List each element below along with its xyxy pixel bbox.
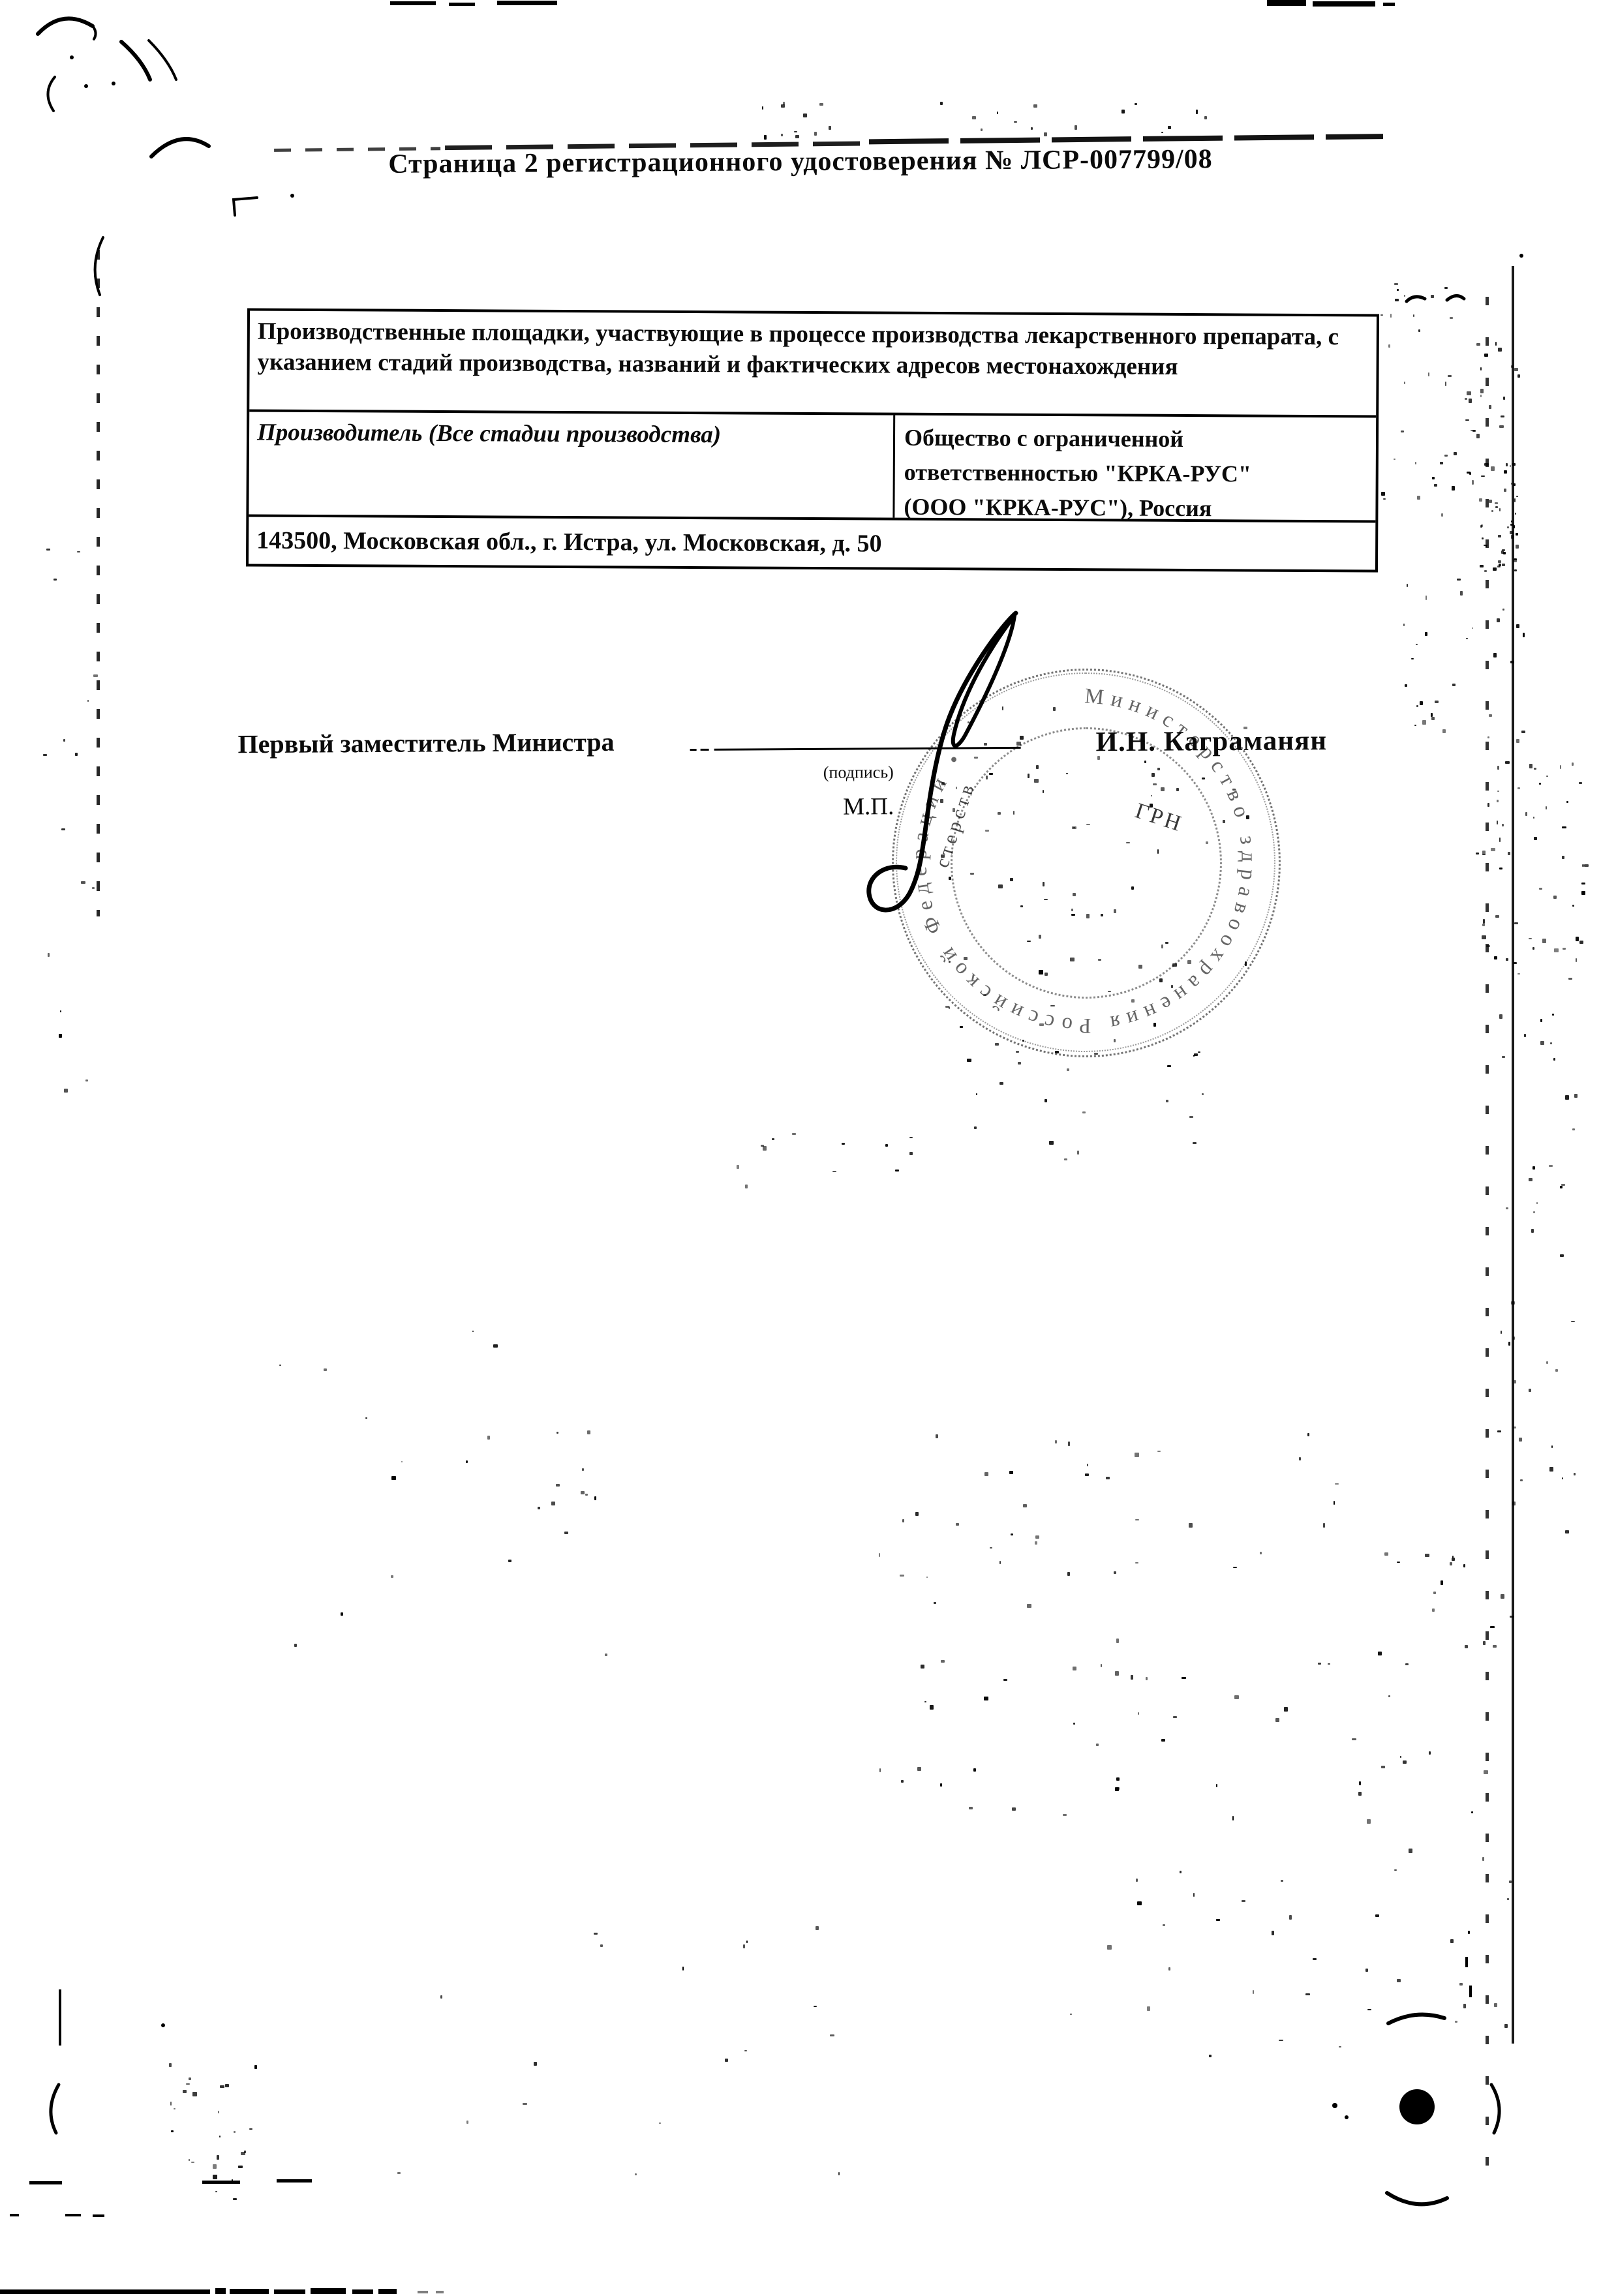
noise-speckle [745,1185,748,1188]
noise-speckle [1135,103,1137,105]
noise-speckle [1499,508,1501,511]
noise-speckle [238,2166,243,2168]
noise-speckle [1031,127,1033,130]
producer-value-line: (ООО "КРКА-РУС"), Россия [904,490,1371,527]
scan-edge-dash [1313,1,1375,7]
noise-speckle [879,1553,880,1557]
noise-speckle [998,812,1001,815]
noise-speckle [186,2083,190,2085]
scan-squiggle [93,26,96,39]
noise-speckle [1039,935,1042,939]
noise-speckle [1193,1142,1196,1145]
noise-speckle [1468,1931,1471,1934]
noise-speckle [814,2006,817,2007]
noise-speckle [215,2191,217,2192]
scan-dot [1519,254,1523,258]
noise-speckle [1491,466,1495,471]
noise-speckle [1553,1058,1555,1061]
noise-speckle [75,753,78,757]
noise-speckle [1510,531,1513,534]
noise-speckle [1097,756,1099,760]
noise-speckle [1138,1712,1139,1714]
noise-speckle [1472,430,1476,432]
noise-speckle [1313,1958,1316,1960]
noise-speckle [1053,707,1056,712]
noise-speckle [1574,1094,1578,1098]
noise-speckle [1514,498,1516,502]
producer-value-line: ответственностью "КРКА-РУС" [904,455,1372,492]
noise-speckle [1495,506,1498,508]
noise-speckle [1400,1756,1401,1758]
noise-speckle [999,1082,1003,1085]
noise-speckle [87,700,89,702]
noise-speckle [493,1344,498,1348]
noise-speckle [1131,886,1134,890]
noise-speckle [1157,768,1160,770]
noise-speckle [1018,1062,1022,1065]
noise-speckle [1071,914,1075,916]
noise-speckle [171,2130,174,2133]
noise-speckle [746,1941,748,1943]
scan-mark [10,2214,19,2216]
scan-dot [84,84,88,88]
noise-speckle [64,1089,68,1092]
noise-speckle [556,1484,559,1487]
noise-speckle [1232,1816,1234,1820]
noise-speckle [1512,463,1516,466]
noise-speckle [976,1093,977,1096]
noise-speckle [1106,1477,1110,1479]
noise-speckle [1116,1777,1120,1780]
noise-speckle [1165,942,1168,944]
noise-speckle [1495,342,1497,346]
bottom-cutoff-text [230,2289,269,2294]
noise-speckle [744,2050,747,2051]
noise-speckle [921,1665,924,1668]
noise-speckle [1507,1898,1509,1900]
noise-speckle [1579,782,1581,784]
noise-speckle [1431,717,1435,719]
noise-speckle [1009,1471,1013,1474]
noise-speckle [1035,1541,1037,1545]
noise-speckle [1120,747,1121,751]
noise-speckle [1070,2014,1072,2015]
noise-speckle [1049,1141,1054,1145]
noise-speckle [233,2198,237,2199]
noise-speckle [1467,472,1471,474]
table-row: Производитель (Все стадии производства) … [249,412,1376,522]
noise-speckle [1404,295,1405,297]
noise-speckle [973,1768,976,1772]
noise-speckle [1534,768,1536,770]
noise-speckle [174,2108,175,2109]
noise-speckle [1560,1186,1563,1189]
noise-speckle [985,830,989,832]
noise-speckle [902,1519,904,1523]
noise-speckle [1284,1707,1288,1712]
noise-speckle [934,1602,936,1604]
noise-speckle [1289,1915,1292,1920]
noise-speckle [803,113,808,117]
production-sites-table: Производственные площадки, участвующие в… [246,308,1379,572]
noise-speckle [1072,826,1076,829]
noise-speckle [915,1512,919,1516]
noise-speckle [46,549,50,551]
noise-speckle [1487,803,1489,808]
noise-speckle [1554,948,1559,952]
noise-speckle [842,1143,845,1145]
noise-speckle [1534,837,1537,840]
noise-speckle [1489,500,1492,503]
left-margin-dashed-line [97,250,100,916]
noise-speckle [1549,1467,1553,1472]
noise-speckle [1490,1626,1495,1628]
noise-speckle [1204,116,1207,119]
noise-speckle [1425,632,1427,636]
noise-speckle [183,2090,187,2093]
noise-speckle [472,1331,474,1332]
noise-speckle [1055,1051,1059,1053]
noise-speckle [391,1476,396,1480]
noise-speckle [1039,970,1043,974]
noise-speckle [1077,1151,1079,1155]
noise-speckle [1513,525,1515,528]
bottom-cutoff-text [311,2288,346,2294]
noise-speckle [659,2122,661,2124]
noise-speckle [1517,374,1520,378]
noise-speckle [232,2179,233,2183]
scan-paren [1491,2085,1499,2133]
noise-speckle [1463,2004,1467,2008]
noise-speckle [1512,1502,1516,1505]
noise-speckle [81,881,85,884]
noise-speckle [1067,1572,1070,1576]
noise-speckle [1417,496,1420,500]
noise-speckle [1494,956,1497,959]
noise-speckle [1420,701,1423,705]
noise-speckle [1504,2024,1508,2028]
noise-speckle [1168,1967,1170,1971]
scan-arc [1387,2193,1447,2204]
noise-speckle [1198,1051,1200,1053]
noise-speckle [85,1080,88,1081]
noise-speckle [1166,1100,1168,1102]
noise-speckle [1107,1945,1112,1949]
noise-speckle [1560,1254,1564,1258]
noise-speckle [605,1654,607,1656]
noise-speckle [1044,899,1048,900]
noise-speckle [1513,483,1516,485]
noise-speckle [1581,883,1586,884]
noise-speckle [1028,774,1029,778]
bottom-cutoff-bar [0,2289,210,2294]
noise-speckle [1395,299,1399,301]
noise-speckle [772,1138,774,1140]
noise-speckle [1481,524,1483,527]
noise-speckle [1206,841,1208,843]
noise-speckle [1516,624,1519,628]
noise-speckle [1562,1477,1563,1479]
noise-speckle [1375,1914,1379,1918]
noise-speckle [1101,914,1103,916]
noise-speckle [1450,1939,1454,1943]
noise-speckle [1428,372,1429,376]
noise-speckle [1472,480,1474,485]
noise-speckle [1136,1879,1138,1882]
noise-speckle [1144,761,1147,763]
noise-speckle [341,1612,343,1615]
noise-speckle [1394,459,1395,460]
noise-speckle [1494,2003,1497,2006]
noise-speckle [294,1644,297,1647]
noise-speckle [1189,1523,1193,1528]
noise-speckle [1523,633,1525,637]
noise-speckle [534,2062,536,2066]
noise-speckle [1390,314,1392,318]
noise-speckle [1551,1445,1553,1449]
noise-speckle [1501,415,1505,417]
noise-speckle [1463,1564,1465,1567]
noise-speckle [1484,354,1488,357]
noise-speckle [1137,1901,1141,1905]
noise-speckle [1358,1792,1362,1796]
noise-speckle [1114,1571,1116,1574]
noise-speckle [1367,1819,1371,1824]
noise-speckle [1279,2040,1283,2042]
noise-speckle [93,674,97,677]
noise-speckle [1173,1716,1177,1718]
noise-speckle [1472,627,1473,629]
bottom-cutoff-text [215,2288,226,2294]
noise-speckle [1516,496,1518,498]
noise-speckle [1275,1718,1279,1722]
noise-speckle [1540,1019,1542,1022]
noise-speckle [999,1561,1001,1564]
noise-speckle [1011,1533,1013,1535]
noise-speckle [764,135,767,140]
noise-speckle [940,1783,942,1787]
noise-speckle [1467,391,1471,395]
noise-speckle [1180,1871,1182,1873]
noise-speckle [1087,1464,1088,1466]
noise-speckle [909,1152,912,1155]
noise-speckle [1209,2055,1212,2057]
noise-speckle [998,884,1003,888]
noise-speckle [1147,2006,1150,2010]
scan-dot [161,2023,165,2027]
noise-speckle [781,134,783,136]
noise-speckle [763,1146,767,1151]
noise-speckle [1440,462,1443,464]
noise-speckle [1555,1369,1558,1372]
noise-speckle [1469,399,1472,402]
noise-speckle [1033,104,1037,108]
noise-speckle [1073,1667,1076,1670]
noise-speckle [743,1944,745,1948]
noise-speckle [1159,978,1163,983]
noise-speckle [1531,1229,1534,1233]
noise-speckle [170,2102,172,2106]
noise-speckle [1499,425,1504,428]
noise-speckle [1182,1677,1185,1679]
noise-speckle [1086,914,1090,918]
noise-speckle [365,1417,367,1419]
noise-speckle [1418,329,1420,332]
noise-speckle [217,2155,219,2159]
scan-mark [29,2181,62,2184]
noise-speckle [1441,513,1444,517]
noise-speckle [1352,1738,1356,1740]
noise-speckle [1073,1723,1075,1724]
noise-speckle [1075,125,1076,130]
noise-speckle [244,2151,246,2153]
noise-speckle [1513,962,1517,963]
noise-speckle [1153,783,1156,785]
scan-mark [65,2214,81,2216]
noise-speckle [189,2159,190,2161]
noise-speckle [1504,470,1507,474]
noise-speckle [1563,948,1566,949]
noise-speckle [1171,985,1172,988]
noise-speckle [960,1026,963,1028]
noise-speckle [832,1171,836,1172]
noise-speckle [1476,853,1479,854]
scan-squiggle [149,40,176,80]
noise-speckle [1542,939,1546,943]
noise-speckle [1482,935,1486,939]
noise-speckle [1482,924,1485,926]
noise-speckle [1381,1766,1386,1768]
noise-speckle [930,1705,934,1710]
noise-speckle [956,787,957,789]
noise-speckle [997,112,998,114]
noise-speckle [1233,1567,1237,1568]
noise-speckle [1172,963,1176,967]
noise-speckle [1503,552,1506,555]
noise-speckle [213,2175,217,2179]
noise-speckle [1413,314,1414,317]
noise-speckle [1383,498,1386,500]
noise-speckle [1452,486,1455,490]
noise-speckle [1013,811,1014,815]
noise-speckle [1426,596,1427,600]
noise-speckle [1508,852,1510,855]
noise-speckle [1397,1979,1401,1982]
scan-mark [1465,1957,1468,1967]
noise-speckle [1157,1451,1161,1452]
noise-speckle [1027,1604,1031,1608]
noise-speckle [1189,1116,1193,1118]
noise-speckle [1576,937,1578,941]
noise-speckle [1435,701,1439,703]
noise-speckle [1216,1919,1220,1922]
noise-speckle [585,1494,588,1496]
noise-speckle [1483,1641,1486,1645]
noise-speckle [1397,289,1399,291]
noise-speckle [538,1507,540,1509]
noise-speckle [1529,764,1532,768]
page-title: Страница 2 регистрационного удостоверени… [0,142,1601,183]
noise-speckle [1138,965,1142,969]
scan-mark [1469,1986,1472,1997]
noise-speckle [1529,1178,1533,1181]
noise-speckle [762,106,763,109]
noise-speckle [986,776,988,779]
noise-speckle [964,957,968,960]
noise-speckle [1482,1857,1484,1860]
noise-speckle [397,2172,401,2174]
noise-speckle [1483,919,1485,924]
noise-speckle [1202,778,1204,779]
noise-speckle [1085,1473,1088,1475]
signature-line-fragment [690,749,697,751]
noise-speckle [1388,1695,1390,1697]
noise-speckle [1484,463,1489,465]
seal-place-mark: М.П. [843,793,894,821]
noise-speckle [1253,1990,1254,1993]
noise-speckle [909,1137,913,1138]
noise-speckle [1432,1609,1435,1612]
noise-speckle [1533,1211,1535,1213]
noise-speckle [487,1436,490,1440]
noise-speckle [1501,1594,1505,1598]
noise-speckle [523,2103,526,2104]
noise-speckle [1431,713,1433,717]
noise-speckle [1020,736,1024,740]
noise-speckle [1520,1479,1523,1481]
noise-speckle [1571,1321,1575,1322]
noise-speckle [1511,535,1513,539]
noise-speckle [1404,382,1405,385]
noise-speckle [1495,502,1498,504]
scan-edge-dash [1267,0,1306,6]
noise-speckle [1168,126,1171,129]
noise-speckle [1480,389,1484,393]
noise-speckle [879,1768,881,1772]
noise-speckle [1131,999,1135,1003]
noise-speckle [1415,462,1416,464]
noise-speckle [1002,706,1003,710]
bottom-cutoff-text [436,2291,444,2293]
noise-speckle [1510,1616,1513,1617]
noise-speckle [1232,789,1235,791]
noise-speckle [1202,1093,1204,1095]
noise-speckle [1515,513,1516,515]
noise-speckle [1281,1880,1283,1882]
noise-speckle [1513,1427,1516,1428]
noise-speckle [924,1701,926,1702]
scan-mark [277,2179,312,2183]
noise-speckle [324,1368,327,1371]
noise-speckle [941,1660,945,1663]
noise-speckle [1036,765,1038,769]
noise-speckle [440,1995,442,1999]
noise-speckle [466,2121,468,2124]
noise-speckle [949,1006,950,1010]
noise-speckle [781,104,785,108]
noise-speckle [1094,1053,1098,1055]
scan-dot [1332,2103,1337,2108]
noise-speckle [1405,684,1407,687]
noise-speckle [1434,484,1437,487]
noise-speckle [1579,941,1583,944]
noise-speckle [1339,2046,1341,2048]
noise-speckle [1502,1056,1505,1058]
noise-speckle [1161,1739,1166,1742]
noise-speckle [1501,1331,1502,1334]
noise-speckle [1493,653,1496,657]
scan-dot [70,55,74,59]
